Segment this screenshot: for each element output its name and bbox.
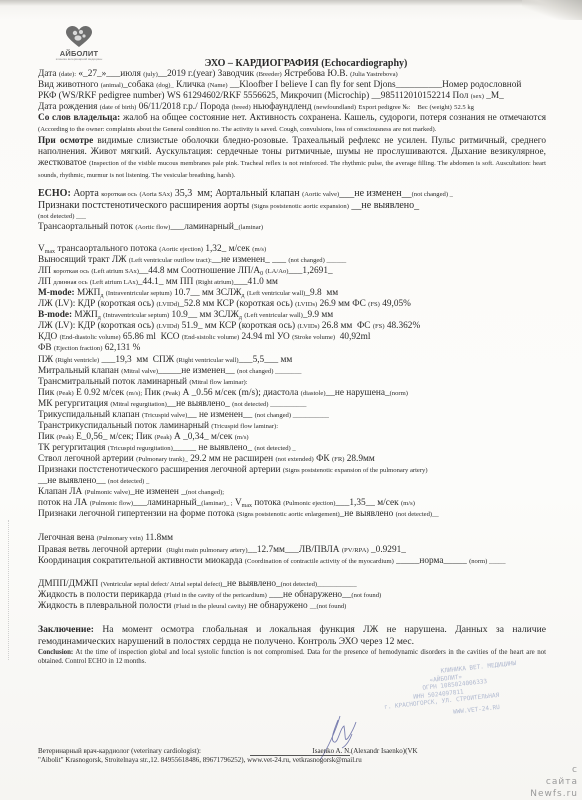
text-fragment: _____не изменен__ [158, 366, 235, 376]
text-fragment: __не выявлено_ [167, 399, 230, 409]
text-fragment: (Julia Yastrebova) [350, 71, 398, 78]
text-fragment: Дата рождения [38, 102, 97, 112]
right-ventricle-line: ПЖ (Right ventricle) ___19,3 мм СПЖ (Rig… [38, 355, 292, 366]
tricuspid-peaks-line: Пик (Peak) E_0,56_ м/сек; Пик (Peak) А _… [38, 432, 249, 443]
text-fragment: (Pulmonic ejection) [283, 500, 335, 507]
text-fragment: (animal) [101, 82, 123, 89]
text-fragment: (Tricuspid flow laminar): [211, 423, 278, 430]
text-fragment: 51.9_ [182, 321, 203, 331]
text-fragment: (Signs poststenotic aortic enlargement) [237, 511, 340, 518]
text-fragment: м/сек [229, 244, 250, 254]
text-fragment: ___не изменен__ [339, 188, 411, 199]
text-fragment: (Left atrium SAx) [91, 268, 139, 275]
coordination-line: Координация сократительной активности ми… [38, 556, 546, 567]
text-fragment: Ветеринарный врач-кардиолог [38, 747, 129, 755]
text-fragment: (not detected)____________ [281, 581, 357, 588]
text-fragment: (Signs poststenotic aortic expansion) [252, 203, 349, 210]
text-fragment: (Breeder) [256, 71, 281, 78]
text-fragment: ЗСЛЖ [216, 288, 241, 298]
text-fragment: __ не изменен__ [187, 410, 252, 420]
text-fragment: _собака [123, 80, 154, 90]
text-fragment: (not changed) _ [412, 191, 453, 198]
text-fragment: (Left ventricular wall) [244, 312, 303, 319]
text-fragment: (not extended) [275, 456, 313, 463]
text-fragment: жалоб на общее состояние нет. Активность… [123, 113, 546, 123]
text-fragment: короткая ось [101, 191, 137, 198]
text-fragment: ЛП [38, 266, 51, 276]
text-fragment: __12.7мм___ [248, 545, 299, 555]
text-fragment: (Pulmonic flow) [90, 500, 133, 507]
text-fragment: Признаки постстенотического расширения а… [38, 200, 249, 211]
aortic-flow-line: Трансаортальный поток (Aortic flow)___ла… [38, 222, 263, 233]
text-fragment: E [76, 388, 82, 398]
animal-name-line: Вид животного (animal)_собака (dog)_ Кли… [38, 80, 521, 91]
text-fragment: (not changed) ______ [288, 257, 346, 264]
text-fragment: (not detected) ___ [38, 213, 86, 220]
scan-edge-marks [8, 520, 12, 660]
text-fragment: (Coordination of contractile activity of… [245, 558, 394, 565]
text-fragment: (Mitral regurgitation) [110, 401, 166, 408]
text-fragment: (norm) [390, 390, 408, 397]
text-fragment: мм [338, 299, 350, 309]
text-fragment: _9.8 [305, 288, 321, 298]
owner-complaints: Со слов владельца: жалоб на общее состоя… [38, 113, 546, 135]
text-fragment: Соотношение ЛП/А [181, 266, 260, 276]
text-fragment: (PV/RPA) [342, 547, 369, 554]
text-fragment: Жидкость в плевральной полости [38, 601, 171, 611]
text-fragment: Трансаортальный поток [38, 222, 133, 232]
text-fragment: УО [277, 332, 290, 342]
text-fragment: (Intraventricular septum) [103, 312, 169, 319]
text-fragment: B-mode: [38, 310, 72, 320]
text-fragment: На момент осмотра глобальная и локальная… [38, 624, 546, 647]
text-fragment: Микрочип (Microchip) [280, 91, 369, 101]
text-fragment: Аорта [73, 188, 99, 199]
breeder-name: Ястребова Ю.В. [284, 69, 348, 79]
text-fragment: (Left ventricular outflow tract): [129, 257, 212, 264]
text-fragment: мм [321, 310, 333, 320]
document-title: ЭХО – КАРДИОГРАФИЯ (Echocardiography) [0, 58, 582, 69]
pulmonary-trunk-line: Ствол легочной артерии (Pulmonary trank)… [38, 454, 375, 465]
text-fragment: ЛЖ (LV): [38, 299, 75, 309]
text-fragment: (Name) [207, 82, 227, 89]
text-fragment: (LVIDs) [297, 323, 319, 330]
text-fragment: (not detected) _ [254, 445, 295, 452]
text-fragment: м/сек [377, 498, 398, 508]
text-fragment: (date of birth) [100, 104, 137, 111]
text-fragment: потока [254, 498, 281, 508]
text-fragment: диастола [263, 388, 298, 398]
text-fragment: мм; [197, 188, 212, 199]
bmode-lv-line: ЛЖ (LV): КДР (короткая ось) (LVIDd) 51.9… [38, 321, 420, 332]
text-fragment: __(not found) [310, 603, 346, 610]
text-fragment: мм [166, 277, 178, 287]
watermark-line-1: с [572, 765, 578, 775]
text-fragment: (Pulmonary trank)_ [136, 456, 188, 463]
pedigree-line: РКФ (WS/RKF pedigree number) WS 61294602… [38, 91, 504, 102]
text-fragment: (FS) [373, 323, 385, 330]
text-fragment: ___1,35__ [335, 498, 375, 508]
text-fragment: (Peak) [155, 434, 172, 441]
text-fragment: 0.92 [84, 388, 100, 398]
text-fragment: А [174, 432, 181, 442]
text-fragment: мм [280, 355, 292, 365]
text-fragment: 26.9 [320, 299, 336, 309]
text-fragment: МЖП [74, 310, 97, 320]
text-fragment: 10.9__ [172, 310, 198, 320]
text-fragment: ньюфаундленд [253, 102, 312, 112]
text-fragment: ТК регургитация [38, 443, 105, 453]
text-fragment: мм [167, 266, 179, 276]
aorta-line: ECHO: Аорта короткая ось (Aorta SAx) 35,… [38, 188, 453, 200]
text-fragment: (not detected) _ [108, 478, 149, 485]
text-fragment: мм [266, 277, 278, 287]
text-fragment: _не выявлено_ [222, 579, 280, 589]
text-fragment: м/сек [103, 388, 124, 398]
text-fragment: (laminar) [239, 224, 264, 231]
text-fragment: ПП [180, 277, 193, 287]
text-fragment: Клапан ЛА [38, 487, 82, 497]
text-fragment: ЛЖ (LV): [38, 321, 75, 331]
date-breeder-line: Дата (date): «_27_»___июля (july)__2019 … [38, 69, 398, 80]
text-fragment: (Right ventricular wall) [176, 357, 238, 364]
text-fragment: А [183, 388, 190, 398]
text-fragment: МК регургитация [38, 399, 108, 409]
text-fragment: (Left ventricular wall) [247, 290, 306, 297]
text-fragment: (According to the owner: complaints abou… [38, 126, 436, 133]
text-fragment: не обнаружено [249, 601, 308, 611]
text-fragment: ___ламинарный_ [170, 222, 238, 232]
watermark-line-3: Newfs.ru [530, 789, 578, 799]
text-fragment: 11.8мм [145, 533, 173, 543]
text-fragment: Ствол легочной артерии [38, 454, 134, 464]
text-fragment: КСР (короткая ось) [217, 299, 293, 309]
text-fragment: 40,92ml [340, 332, 371, 342]
text-fragment: КСР (короткая ось) [219, 321, 295, 331]
text-fragment: (m/s); [239, 388, 261, 398]
text-fragment: _не выявлено [340, 509, 394, 519]
text-fragment: _0.9291_ [371, 545, 406, 555]
text-fragment: (date): [59, 71, 76, 78]
text-fragment: Дата [38, 69, 57, 79]
mmode-lv-line: ЛЖ (LV): КДР (короткая ось) (LVIDd)_52.8… [38, 299, 411, 310]
text-fragment: (veterinary cardiologist): [131, 747, 201, 755]
text-fragment: (dog)_ [156, 82, 174, 89]
text-fragment: Порода [200, 102, 229, 112]
text-fragment: (Right ventricle) [55, 357, 99, 364]
text-fragment: Правая ветвь легочной артерии [38, 545, 162, 555]
text-fragment: 62,131 % [105, 343, 141, 353]
text-fragment: _0,34_ [183, 432, 209, 442]
text-fragment: (m/s) [252, 246, 266, 253]
mitral-regurgitation-line: МК регургитация (Mitral regurgitation)__… [38, 399, 306, 410]
text-fragment: Трансмитральный поток ламинарный [38, 377, 187, 387]
text-fragment: поток на ЛА [38, 498, 87, 508]
text-fragment: ЗСЛЖ [214, 310, 239, 320]
text-fragment: (not detected)__ [396, 511, 439, 518]
text-fragment: м/сек [211, 432, 232, 442]
text-fragment: At the time of inspection global and loc… [38, 649, 546, 665]
text-fragment: Выносящий тракт ЛЖ [38, 255, 127, 265]
text-fragment: (Intraventricular septum) [106, 290, 172, 297]
text-fragment: Легочная вена [38, 533, 94, 543]
septal-defect-line: ДМПП/ДМЖП (Ventricular septal defect/ At… [38, 579, 357, 590]
text-fragment: (m/s); [126, 390, 142, 397]
volumes-line: КДО (End-diastolic volume) 65.86 ml КСО … [38, 332, 371, 343]
text-fragment: мм [326, 288, 338, 298]
text-fragment: (LVIDd) [156, 323, 179, 330]
text-fragment: Координация сократительной активности ми… [38, 556, 242, 566]
text-fragment: (m/s) [401, 500, 415, 507]
text-fragment: м/сек [215, 388, 236, 398]
text-fragment: Заключение: [38, 624, 94, 635]
text-fragment: V [38, 244, 45, 254]
text-fragment: Вес (weight) [417, 104, 451, 111]
text-fragment: (m/s) [235, 434, 249, 441]
text-fragment: Признаки легочной гипертензии на форме п… [38, 509, 234, 519]
text-fragment: 52.5 kg [454, 104, 474, 111]
heart-paw-icon [66, 26, 92, 48]
text-fragment: ЛП [38, 277, 51, 287]
text-fragment: мм [341, 321, 353, 331]
text-fragment: (newfoundland) [314, 104, 356, 111]
text-fragment: _44.1_ [138, 277, 164, 287]
pleural-fluid-line: Жидкость в плевральной полости (Fluid in… [38, 601, 346, 612]
text-fragment: КДО [38, 332, 57, 342]
ejection-fraction-line: ФВ (Ejection fraction) 62,131 % [38, 343, 140, 354]
text-fragment: _0,56_ [82, 432, 108, 442]
mitral-valve-line: Митральный клапан (Mitral valve)_____не … [38, 366, 301, 377]
text-fragment: __не изменен_ ___ [212, 255, 286, 265]
text-fragment: Со слов владельца: [38, 113, 120, 123]
text-fragment: ПЖ [38, 355, 53, 365]
text-fragment: 10.7__ [174, 288, 200, 298]
pedigree-number: WS 61294602/RKF 5556625, [167, 91, 278, 101]
text-fragment: ФС [357, 321, 371, 331]
text-fragment: ДМПП/ДМЖП [38, 579, 98, 589]
text-fragment: Заводчик [218, 69, 254, 79]
text-fragment: (LVIDs) [295, 301, 317, 308]
text-fragment: Conclusion: [38, 649, 73, 656]
watermark-line-2: сайта [546, 777, 578, 787]
text-fragment: 24.94 ml [242, 332, 275, 342]
text-fragment: Пол [453, 91, 469, 101]
text-fragment: _0.56 [192, 388, 213, 398]
page-corner-fold [522, 0, 582, 20]
text-fragment: трансаортального потока [57, 244, 157, 254]
text-fragment: (breed) [232, 104, 251, 111]
text-fragment: КДР (короткая ось) [78, 321, 155, 331]
text-fragment: (Right atrium) [196, 279, 234, 286]
text-fragment: (Fluid in the pleural cavity) [174, 603, 247, 610]
text-fragment: V [235, 498, 242, 508]
text-fragment: 48.362% [387, 321, 420, 331]
text-fragment: __44.8 [139, 266, 165, 276]
text-fragment: РКФ (WS/RKF pedigree number) [38, 91, 165, 101]
text-fragment: (Inspection of the visible mucous membra… [38, 160, 546, 178]
microchip-number: __985112010152214 [372, 91, 451, 101]
text-fragment: M-mode: [38, 288, 75, 298]
text-fragment: (norm) _____ [469, 558, 505, 565]
text-fragment: (Aorta SAx) [139, 191, 172, 198]
text-fragment: Жидкость в полости перикарда [38, 590, 162, 600]
pericardial-fluid-line: Жидкость в полости перикарда (Fluid in t… [38, 590, 381, 601]
text-fragment: (not changed); [186, 489, 224, 496]
text-fragment: ФВ [38, 343, 52, 353]
pulmonary-vein-line: Легочная вена (Pulmonary vein) 11.8мм [38, 533, 173, 544]
text-fragment: ___5,5___ [239, 355, 279, 365]
pulmonic-valve-line: Клапан ЛА (Pulmonic valve)_не изменен _(… [38, 487, 224, 498]
tricuspid-valve-line: Трикуспидальный клапан (Tricuspid valve)… [38, 410, 329, 421]
text-fragment: (Left atrium LAx) [90, 279, 138, 286]
text-fragment: (not found) [351, 592, 381, 599]
pulmonary-expansion-value: __не выявлено__ (not detected) _ [38, 476, 149, 487]
document-page: АЙБОЛИТ клиника ветеринарной медицины ЭХ… [0, 0, 582, 800]
text-fragment: (FR) [332, 456, 344, 463]
text-fragment: 28.9мм [347, 454, 375, 464]
text-fragment: (FS) [368, 301, 380, 308]
text-fragment: _52.8 [179, 299, 200, 309]
text-fragment: Аортальный клапан [215, 188, 299, 199]
text-fragment: _не изменен _ [130, 487, 186, 497]
text-fragment: (Tricuspid regurgitation) [108, 445, 173, 452]
text-fragment: ___1,2691_ [288, 266, 332, 276]
text-fragment: (Aortic valve) [302, 191, 339, 198]
text-fragment: м/сек; [110, 432, 134, 442]
lvot-line: Выносящий тракт ЛЖ (Left ventricular out… [38, 255, 346, 266]
text-fragment: (sex) [471, 93, 484, 100]
text-fragment: Транстрикуспидальный поток ламинарный [38, 421, 209, 431]
text-fragment: (Fluid in the cavity of the pericardium) [164, 592, 267, 599]
text-fragment: мм [136, 355, 148, 365]
text-fragment: ___не обнаружено__ [269, 590, 351, 600]
text-fragment: СПЖ [153, 355, 174, 365]
text-fragment: (Mitral flow laminar): [189, 379, 247, 386]
text-fragment: 29.2 мм не расширен [190, 454, 273, 464]
examination-findings: При осмотре видимые слизистые оболочки б… [38, 136, 546, 181]
text-fragment: __не нарушена_ [326, 388, 390, 398]
aortic-expansion-line: Признаки постстенотического расширения а… [38, 200, 419, 212]
text-fragment: (Peak) [57, 434, 74, 441]
text-fragment: (not changed) ________ [237, 368, 301, 375]
text-fragment: 1,32_ [205, 244, 226, 254]
text-fragment: (not detected) ___________ [232, 401, 306, 408]
text-fragment: ФС [352, 299, 366, 309]
text-fragment: ФК [316, 454, 330, 464]
aortic-expansion-en: (not detected) ___ [38, 211, 86, 222]
text-fragment: __не выявлено_ [351, 200, 419, 211]
text-fragment: КСО [161, 332, 180, 342]
text-fragment: ECHO: [38, 188, 71, 199]
text-fragment: (Peak) [57, 390, 74, 397]
text-fragment: __2019 г.(year) [158, 69, 216, 79]
text-fragment: Номер родословной [442, 80, 521, 90]
text-fragment: мм [202, 288, 214, 298]
text-fragment: Пик [145, 388, 161, 398]
text-fragment: При осмотре [38, 136, 93, 146]
mitral-flow-line: Трансмитральный поток ламинарный (Mitral… [38, 377, 248, 388]
text-fragment: 06/11/2018 г.р./ [139, 102, 198, 112]
animal-name: __Kloofber I believe I can fly for sent … [230, 80, 442, 90]
text-fragment: 35,3 [175, 188, 193, 199]
text-fragment: ___41.0 [234, 277, 264, 287]
text-fragment: _M_ [486, 91, 504, 101]
text-fragment: _9.9 [303, 310, 319, 320]
conclusion-en: Conclusion: At the time of inspection gl… [38, 648, 546, 667]
doctor-name: Isaenko A. N.(Alexandr Isaenko)(VK [312, 747, 417, 755]
text-fragment: (Ejection fraction) [54, 345, 103, 352]
tricuspid-flow-line: Транстрикуспидальный поток ламинарный (T… [38, 421, 278, 432]
text-fragment: 65.86 ml [123, 332, 156, 342]
text-fragment: ___19,3 [101, 355, 131, 365]
text-fragment: (Signs poststenotic expansion of the pul… [283, 467, 428, 474]
text-fragment: короткая ось [53, 268, 89, 275]
text-fragment: (Right main pulmonary artery) [166, 547, 247, 554]
text-fragment: (LVIDd) [156, 301, 179, 308]
text-fragment: мм [203, 299, 215, 309]
mitral-peaks-line: Пик (Peak) E 0.92 м/сек (m/s); Пик (Peak… [38, 388, 408, 399]
text-fragment: длинная ось [53, 279, 87, 286]
text-fragment: (not changed) ___________ [255, 412, 329, 419]
clinic-address: "Aibolit" Krasnogorsk, Stroitelnaya str.… [38, 755, 362, 766]
text-fragment: Пик [136, 432, 152, 442]
text-fragment: Вид животного [38, 80, 98, 90]
text-fragment: ___июля [106, 69, 141, 79]
text-fragment: (july) [143, 71, 158, 78]
text-fragment: Export pedigree №: [358, 104, 410, 111]
text-fragment: Трикуспидальный клапан [38, 410, 140, 420]
text-fragment: Пик [38, 388, 54, 398]
text-fragment: Пик [38, 432, 54, 442]
text-fragment: 49,05% [382, 299, 411, 309]
la-lax-line: ЛП длинная ось (Left atrium LAx)_44.1_ м… [38, 277, 278, 288]
text-fragment: ___ламинарный_ [133, 498, 201, 508]
text-fragment: мм [205, 321, 217, 331]
pulmonary-hypertension-line: Признаки легочной гипертензии на форме п… [38, 509, 546, 520]
text-fragment: (diastole) [301, 390, 326, 397]
birth-breed-line: Дата рождения (date of birth) 06/11/2018… [38, 102, 474, 113]
text-fragment: (End-diastolic volume) [60, 334, 121, 341]
text-fragment: 26.8 [322, 321, 338, 331]
text-fragment: ЛВ/ПВЛА [299, 545, 340, 555]
text-fragment: (Pulmonary vein) [97, 535, 143, 542]
text-fragment: (Ventricular septal defect/ Atrial septa… [101, 581, 223, 588]
clinic-logo: АЙБОЛИТ клиника ветеринарной медицины [53, 26, 105, 62]
conclusion-ru: Заключение: На момент осмотра глобальная… [38, 624, 546, 647]
text-fragment: МЖП [77, 288, 100, 298]
text-fragment: _____норма_____ [396, 556, 467, 566]
text-fragment: (Stroke volume) [292, 334, 335, 341]
text-fragment: Кличка [176, 80, 205, 90]
text-fragment: (Aortic flow) [135, 224, 170, 231]
text-fragment: __не выявлено__ [38, 476, 106, 486]
pulmonary-expansion-line: Признаки постстенотического расширения л… [38, 465, 428, 476]
text-fragment: мм [199, 310, 211, 320]
text-fragment: "Aibolit" Krasnogorsk, Stroitelnaya str.… [38, 756, 362, 764]
text-fragment: (Tricuspid valve) [142, 412, 187, 419]
text-fragment: Признаки постстенотического расширения л… [38, 465, 281, 475]
tricuspid-regurgitation-line: ТК регургитация (Tricuspid regurgitation… [38, 443, 296, 454]
text-fragment: (laminar)_ ; [201, 500, 232, 507]
text-fragment: (Pulmonic valve) [85, 489, 131, 496]
text-fragment: (Mitral valve) [121, 368, 158, 375]
text-fragment: (Peak) [163, 390, 180, 397]
text-fragment: (Aortic ejection) [159, 246, 203, 253]
text-fragment: «_27_» [78, 69, 106, 79]
text-fragment: (End-sistolic volume) [182, 334, 239, 341]
text-fragment: Митральный клапан [38, 366, 119, 376]
right-pulmonary-artery-line: Правая ветвь легочной артерии (Right mai… [38, 545, 406, 556]
